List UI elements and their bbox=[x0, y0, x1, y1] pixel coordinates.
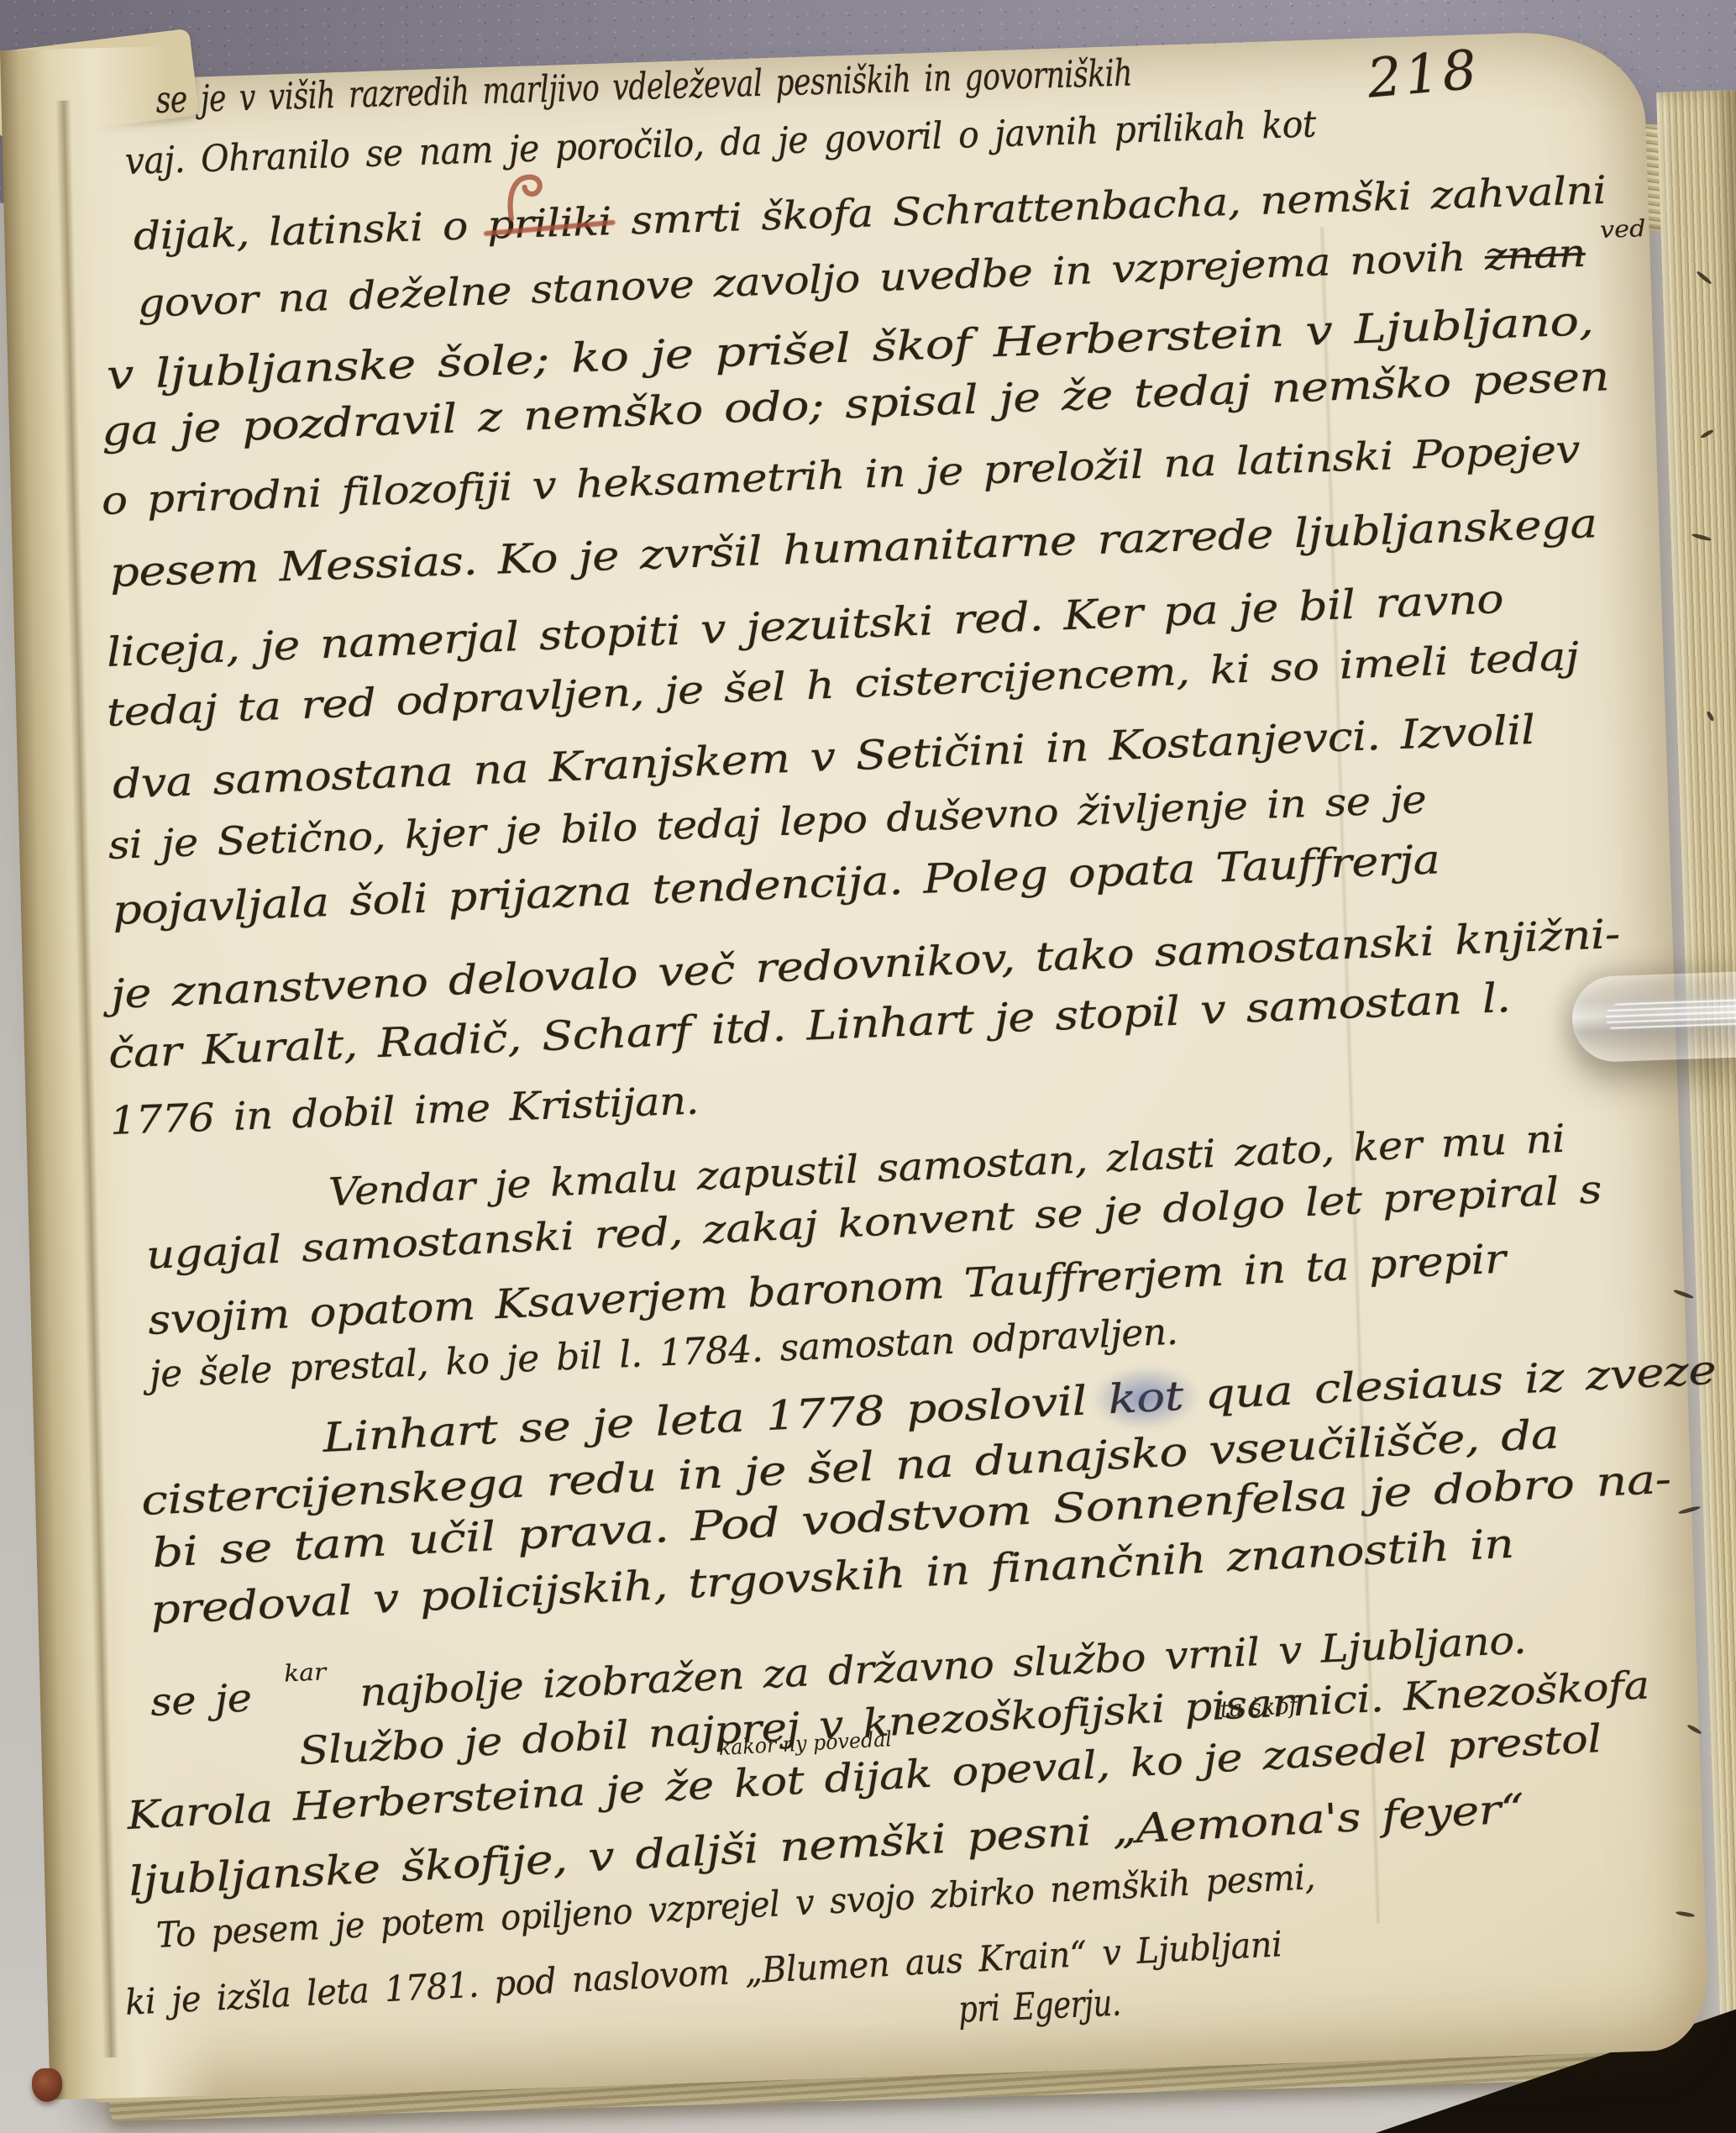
interlinear-note: ta škof bbox=[1219, 1693, 1298, 1723]
struck-word: znan bbox=[1484, 230, 1587, 279]
interlinear-correction: ved bbox=[1599, 215, 1646, 244]
book-cradle-knob bbox=[32, 2068, 62, 2102]
blue-pencil-smudged-word: kot bbox=[1107, 1373, 1184, 1423]
glass-page-weight[interactable] bbox=[1571, 972, 1736, 1064]
page-number: 218 bbox=[1365, 39, 1482, 110]
manuscript-line: pri Egerju. bbox=[957, 1983, 1122, 2032]
manuscript-photo: 218 se je v viših razredih marljivo vdel… bbox=[0, 0, 1736, 2133]
red-pencil-mark bbox=[499, 168, 558, 229]
interlinear-insertion: kar bbox=[283, 1658, 326, 1687]
